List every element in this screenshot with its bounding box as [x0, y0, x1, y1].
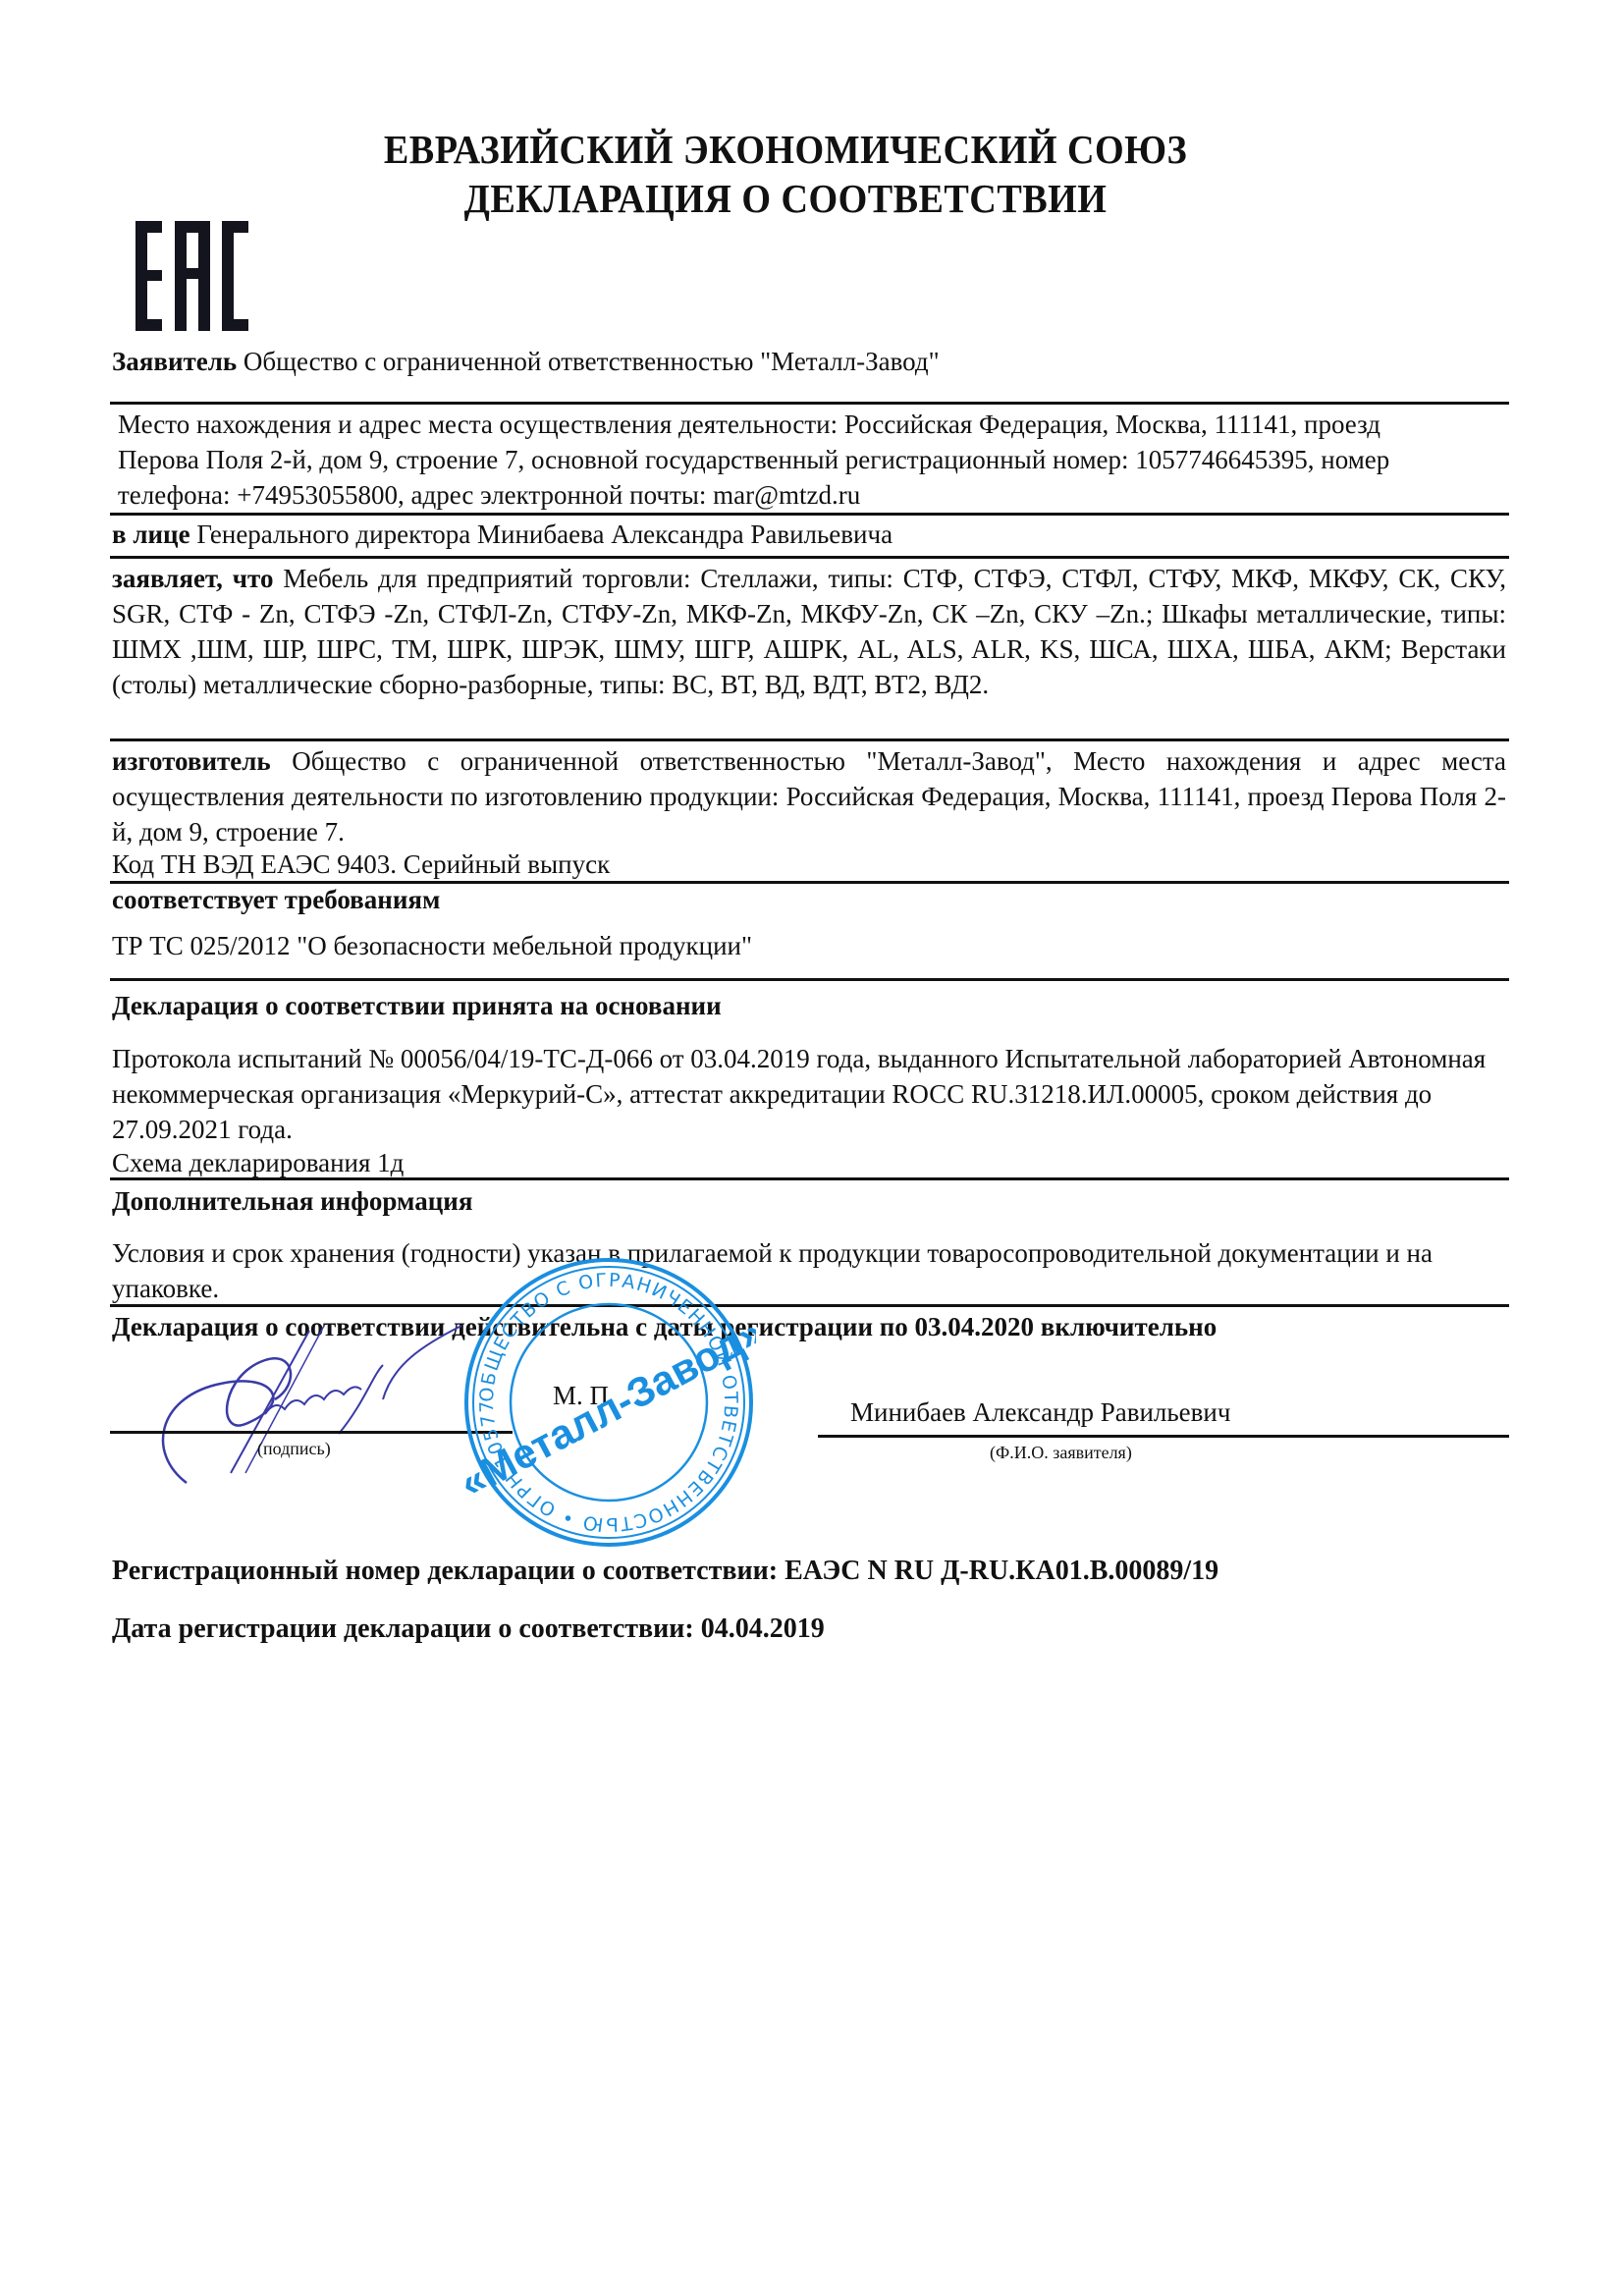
applicant-label: Заявитель [112, 347, 237, 376]
signature-scribble-icon [128, 1306, 511, 1503]
manufacturer-value: Общество с ограниченной ответственностью… [112, 746, 1506, 847]
signer-name: Минибаев Александр Равильевич [850, 1394, 1230, 1430]
requirements-value: ТР ТС 025/2012 "О безопасности мебельной… [112, 928, 752, 963]
company-stamp-icon: ОБЩЕСТВО С ОГРАНИЧЕННОЙ ОТВЕТСТВЕННОСТЬЮ… [461, 1255, 756, 1550]
signer-caption: (Ф.И.О. заявителя) [990, 1443, 1132, 1463]
signer-name-line [818, 1435, 1509, 1438]
applicant-value: Общество с ограниченной ответственностью… [243, 347, 940, 376]
requirements-label: соответствует требованиям [112, 882, 440, 917]
represented-by-value: Генерального директора Минибаева Алексан… [196, 519, 893, 549]
hs-code-line: Код ТН ВЭД ЕАЭС 9403. Серийный выпуск [112, 847, 610, 882]
signature-caption: (подпись) [257, 1439, 331, 1459]
manufacturer-label: изготовитель [112, 746, 271, 776]
document-title: ДЕКЛАРАЦИЯ О СООТВЕТСТВИИ [329, 175, 1242, 222]
registration-date-label: Дата регистрации декларации о соответств… [112, 1613, 694, 1644]
divider [110, 513, 1509, 516]
additional-label: Дополнительная информация [112, 1183, 472, 1219]
registration-number-label: Регистрационный номер декларации о соотв… [112, 1556, 778, 1586]
divider [110, 556, 1509, 559]
represented-by-row: в лице Генерального директора Минибаева … [112, 517, 893, 552]
declaration-scheme: Схема декларирования 1д [112, 1145, 404, 1180]
declares-block: заявляет, что Мебель для предприятий тор… [112, 561, 1506, 702]
applicant-row: Заявитель Общество с ограниченной ответс… [112, 344, 940, 379]
additional-value: Условия и срок хранения (годности) указа… [112, 1235, 1467, 1306]
eac-logo-icon [135, 221, 248, 331]
declares-value: Мебель для предприятий торговли: Стеллаж… [112, 564, 1506, 699]
registration-date-value: 04.04.2019 [701, 1613, 825, 1644]
basis-label: Декларация о соответствии принята на осн… [112, 988, 722, 1023]
registration-date-row: Дата регистрации декларации о соответств… [112, 1612, 825, 1647]
represented-by-label: в лице [112, 519, 190, 549]
declares-label: заявляет, что [112, 564, 273, 593]
divider [110, 978, 1509, 981]
address-block: Место нахождения и адрес места осуществл… [118, 407, 1463, 513]
basis-value: Протокола испытаний № 00056/04/19-ТС-Д-0… [112, 1041, 1487, 1147]
divider [110, 738, 1509, 741]
manufacturer-block: изготовитель Общество с ограниченной отв… [112, 743, 1506, 849]
divider [110, 402, 1509, 405]
divider [110, 1177, 1509, 1180]
registration-number-value: ЕАЭС N RU Д-RU.КА01.В.00089/19 [784, 1556, 1218, 1586]
registration-number-row: Регистрационный номер декларации о соотв… [112, 1554, 1218, 1589]
signature-line [110, 1431, 513, 1434]
union-title: ЕВРАЗИЙСКИЙ ЭКОНОМИЧЕСКИЙ СОЮЗ [329, 126, 1242, 173]
